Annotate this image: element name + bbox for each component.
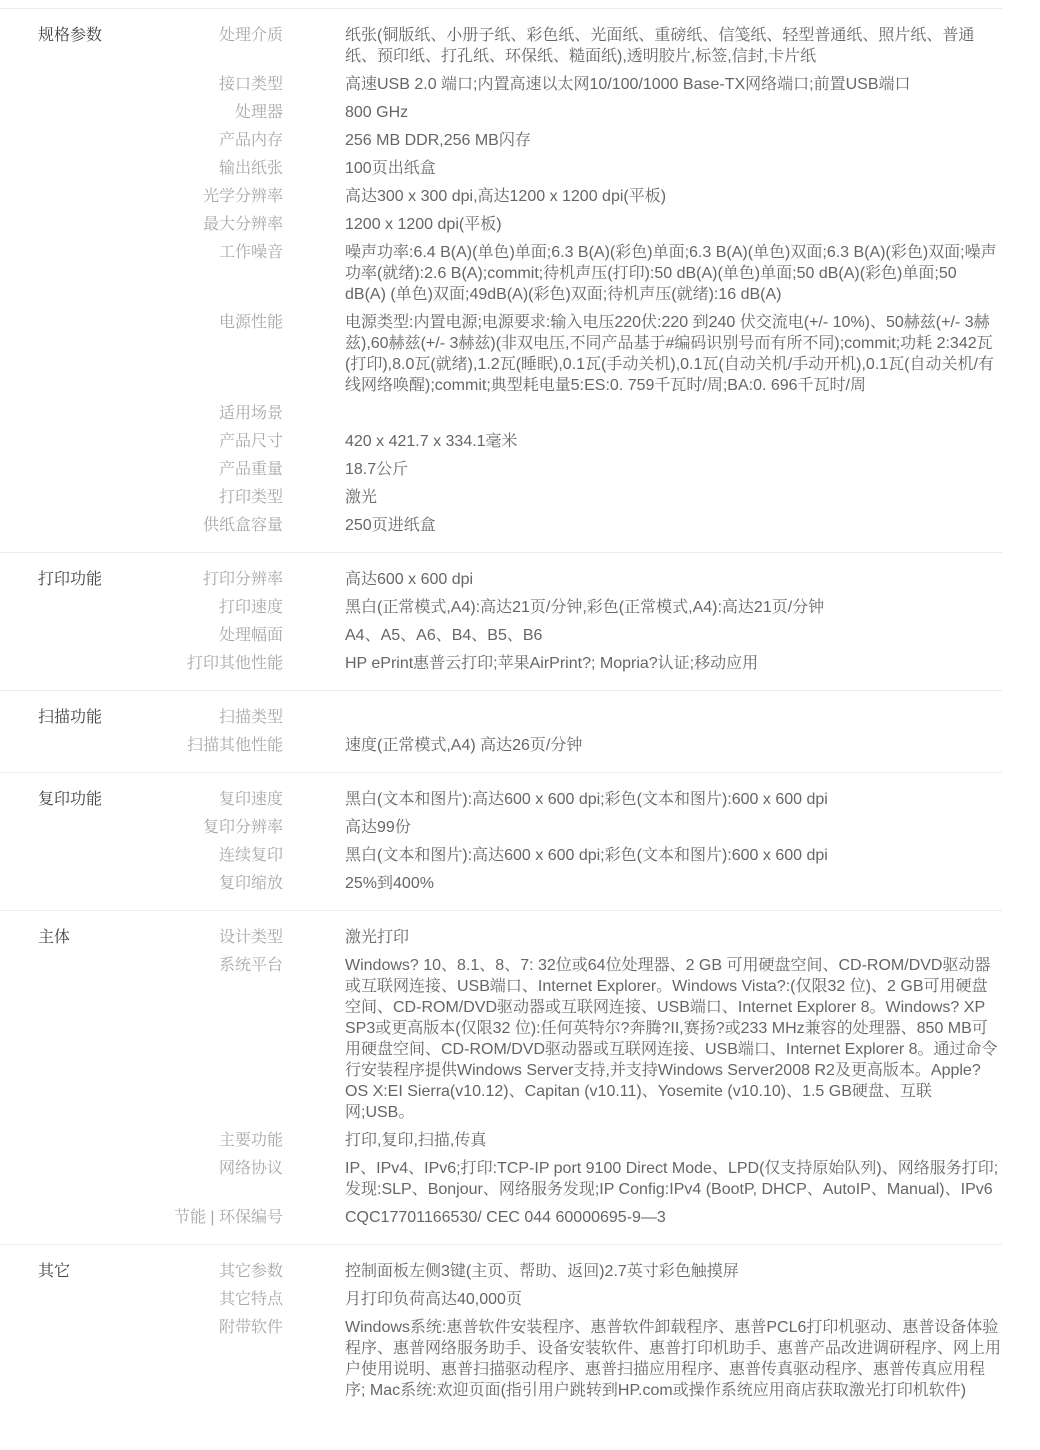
spec-row: 打印分辨率 高达600 x 600 dpi [0, 569, 1002, 590]
section-rows: 处理介质 纸张(铜版纸、小册子纸、彩色纸、光面纸、重磅纸、信笺纸、轻型普通纸、照… [0, 25, 1002, 536]
spec-row-label: 扫描其他性能 [0, 735, 283, 756]
spec-row: 产品尺寸 420 x 421.7 x 334.1毫米 [0, 431, 1002, 452]
spec-row-label: 工作噪音 [0, 242, 283, 263]
spec-section: 扫描功能 扫描类型 扫描其他性能 速度(正常模式,A4) 高达26页/分钟 [0, 690, 1002, 772]
spec-section: 打印功能 打印分辨率 高达600 x 600 dpi 打印速度 黑白(正常模式,… [0, 552, 1002, 690]
spec-row: 主要功能 打印,复印,扫描,传真 [0, 1130, 1002, 1151]
spec-row-value: 高达99份 [345, 817, 1001, 838]
spec-row: 处理介质 纸张(铜版纸、小册子纸、彩色纸、光面纸、重磅纸、信笺纸、轻型普通纸、照… [0, 25, 1002, 67]
spec-row-value: HP ePrint惠普云打印;苹果AirPrint?; Mopria?认证;移动… [345, 653, 1001, 674]
spec-row: 设计类型 激光打印 [0, 927, 1002, 948]
spec-row: 其它特点 月打印负荷高达40,000页 [0, 1289, 1002, 1310]
spec-row: 复印速度 黑白(文本和图片):高达600 x 600 dpi;彩色(文本和图片)… [0, 789, 1002, 810]
spec-row: 连续复印 黑白(文本和图片):高达600 x 600 dpi;彩色(文本和图片)… [0, 845, 1002, 866]
spec-section: 其它 其它参数 控制面板左侧3键(主页、帮助、返回)2.7英寸彩色触摸屏 其它特… [0, 1244, 1002, 1417]
spec-row-value: A4、A5、A6、B4、B5、B6 [345, 625, 1001, 646]
spec-section: 复印功能 复印速度 黑白(文本和图片):高达600 x 600 dpi;彩色(文… [0, 772, 1002, 910]
spec-row-value: 控制面板左侧3键(主页、帮助、返回)2.7英寸彩色触摸屏 [345, 1261, 1001, 1282]
spec-row-value: IP、IPv4、IPv6;打印:TCP-IP port 9100 Direct … [345, 1158, 1001, 1200]
section-category-title: 复印功能 [38, 789, 102, 810]
spec-row: 扫描类型 [0, 707, 1002, 728]
spec-row-value: 1200 x 1200 dpi(平板) [345, 214, 1001, 235]
spec-row-value: 25%到400% [345, 873, 1001, 894]
spec-row: 处理器 800 GHz [0, 102, 1002, 123]
section-category-title: 其它 [38, 1261, 70, 1282]
spec-row: 打印速度 黑白(正常模式,A4):高达21页/分钟,彩色(正常模式,A4):高达… [0, 597, 1002, 618]
spec-row-value: 高速USB 2.0 端口;内置高速以太网10/100/1000 Base-TX网… [345, 74, 1001, 95]
spec-row-value: 黑白(文本和图片):高达600 x 600 dpi;彩色(文本和图片):600 … [345, 845, 1001, 866]
spec-row-label: 接口类型 [0, 74, 283, 95]
spec-row-value: 月打印负荷高达40,000页 [345, 1289, 1001, 1310]
spec-row-label: 系统平台 [0, 955, 283, 976]
spec-section: 主体 设计类型 激光打印 系统平台 Windows? 10、8.1、8、7: 3… [0, 910, 1002, 1244]
spec-row: 附带软件 Windows系统:惠普软件安装程序、惠普软件卸载程序、惠普PCL6打… [0, 1317, 1002, 1401]
section-rows: 复印速度 黑白(文本和图片):高达600 x 600 dpi;彩色(文本和图片)… [0, 789, 1002, 894]
spec-row-label: 网络协议 [0, 1158, 283, 1179]
spec-row-value: 电源类型:内置电源;电源要求:输入电压220伏:220 到240 伏交流电(+/… [345, 312, 1001, 396]
spec-row: 工作噪音 噪声功率:6.4 B(A)(单色)单面;6.3 B(A)(彩色)单面;… [0, 242, 1002, 305]
spec-row: 扫描其他性能 速度(正常模式,A4) 高达26页/分钟 [0, 735, 1002, 756]
spec-row-value: 420 x 421.7 x 334.1毫米 [345, 431, 1001, 452]
spec-row-value: 18.7公斤 [345, 459, 1001, 480]
spec-row-label: 产品尺寸 [0, 431, 283, 452]
section-category-title: 扫描功能 [38, 707, 102, 728]
section-category-title: 规格参数 [38, 25, 102, 46]
spec-row: 打印类型 激光 [0, 487, 1002, 508]
spec-row: 其它参数 控制面板左侧3键(主页、帮助、返回)2.7英寸彩色触摸屏 [0, 1261, 1002, 1282]
spec-row-label: 电源性能 [0, 312, 283, 333]
spec-row: 适用场景 [0, 403, 1002, 424]
spec-row-value: 高达300 x 300 dpi,高达1200 x 1200 dpi(平板) [345, 186, 1001, 207]
spec-row-value: 激光 [345, 487, 1001, 508]
spec-row-label: 主要功能 [0, 1130, 283, 1151]
section-rows: 打印分辨率 高达600 x 600 dpi 打印速度 黑白(正常模式,A4):高… [0, 569, 1002, 674]
spec-row-label: 打印类型 [0, 487, 283, 508]
spec-row-value: 高达600 x 600 dpi [345, 569, 1001, 590]
spec-row: 电源性能 电源类型:内置电源;电源要求:输入电压220伏:220 到240 伏交… [0, 312, 1002, 396]
spec-row: 网络协议 IP、IPv4、IPv6;打印:TCP-IP port 9100 Di… [0, 1158, 1002, 1200]
spec-row: 系统平台 Windows? 10、8.1、8、7: 32位或64位处理器、2 G… [0, 955, 1002, 1123]
spec-row: 复印缩放 25%到400% [0, 873, 1002, 894]
spec-row-value: 100页出纸盒 [345, 158, 1001, 179]
spec-row-value: 速度(正常模式,A4) 高达26页/分钟 [345, 735, 1001, 756]
spec-row: 接口类型 高速USB 2.0 端口;内置高速以太网10/100/1000 Bas… [0, 74, 1002, 95]
spec-row-label: 最大分辨率 [0, 214, 283, 235]
spec-row-value: 激光打印 [345, 927, 1001, 948]
spec-row: 输出纸张 100页出纸盒 [0, 158, 1002, 179]
spec-row-label: 光学分辨率 [0, 186, 283, 207]
spec-row-label: 其它特点 [0, 1289, 283, 1310]
product-spec-table: 规格参数 处理介质 纸张(铜版纸、小册子纸、彩色纸、光面纸、重磅纸、信笺纸、轻型… [0, 8, 1002, 1417]
spec-row-label: 打印速度 [0, 597, 283, 618]
spec-row: 产品内存 256 MB DDR,256 MB闪存 [0, 130, 1002, 151]
spec-row-label: 复印缩放 [0, 873, 283, 894]
section-category-title: 主体 [38, 927, 70, 948]
spec-row-value: 打印,复印,扫描,传真 [345, 1130, 1001, 1151]
spec-row-value: 250页进纸盒 [345, 515, 1001, 536]
section-rows: 扫描类型 扫描其他性能 速度(正常模式,A4) 高达26页/分钟 [0, 707, 1002, 756]
spec-row-label: 节能 | 环保编号 [0, 1207, 283, 1228]
spec-row-label: 供纸盒容量 [0, 515, 283, 536]
section-rows: 其它参数 控制面板左侧3键(主页、帮助、返回)2.7英寸彩色触摸屏 其它特点 月… [0, 1261, 1002, 1401]
spec-row-value: Windows? 10、8.1、8、7: 32位或64位处理器、2 GB 可用硬… [345, 955, 1001, 1123]
spec-row-label: 产品内存 [0, 130, 283, 151]
spec-row: 产品重量 18.7公斤 [0, 459, 1002, 480]
spec-row-label: 附带软件 [0, 1317, 283, 1338]
spec-row-label: 适用场景 [0, 403, 283, 424]
spec-row-value: CQC17701166530/ CEC 044 60000695-9—3 [345, 1207, 1001, 1228]
spec-row-value: 噪声功率:6.4 B(A)(单色)单面;6.3 B(A)(彩色)单面;6.3 B… [345, 242, 1001, 305]
spec-row-value: 800 GHz [345, 102, 1001, 123]
spec-row: 复印分辨率 高达99份 [0, 817, 1002, 838]
spec-row-value: 纸张(铜版纸、小册子纸、彩色纸、光面纸、重磅纸、信笺纸、轻型普通纸、照片纸、普通… [345, 25, 1001, 67]
spec-row-value: 黑白(正常模式,A4):高达21页/分钟,彩色(正常模式,A4):高达21页/分… [345, 597, 1001, 618]
spec-row: 打印其他性能 HP ePrint惠普云打印;苹果AirPrint?; Mopri… [0, 653, 1002, 674]
spec-row-label: 处理器 [0, 102, 283, 123]
spec-section: 规格参数 处理介质 纸张(铜版纸、小册子纸、彩色纸、光面纸、重磅纸、信笺纸、轻型… [0, 8, 1002, 552]
spec-row-label: 连续复印 [0, 845, 283, 866]
spec-row-value: 黑白(文本和图片):高达600 x 600 dpi;彩色(文本和图片):600 … [345, 789, 1001, 810]
spec-row: 供纸盒容量 250页进纸盒 [0, 515, 1002, 536]
spec-row-label: 打印其他性能 [0, 653, 283, 674]
spec-row: 节能 | 环保编号 CQC17701166530/ CEC 044 600006… [0, 1207, 1002, 1228]
spec-row-label: 输出纸张 [0, 158, 283, 179]
spec-row-value: 256 MB DDR,256 MB闪存 [345, 130, 1001, 151]
spec-row: 光学分辨率 高达300 x 300 dpi,高达1200 x 1200 dpi(… [0, 186, 1002, 207]
section-category-title: 打印功能 [38, 569, 102, 590]
spec-row-label: 复印分辨率 [0, 817, 283, 838]
spec-row-value: Windows系统:惠普软件安装程序、惠普软件卸载程序、惠普PCL6打印机驱动、… [345, 1317, 1001, 1401]
spec-row: 最大分辨率 1200 x 1200 dpi(平板) [0, 214, 1002, 235]
spec-row-label: 产品重量 [0, 459, 283, 480]
section-rows: 设计类型 激光打印 系统平台 Windows? 10、8.1、8、7: 32位或… [0, 927, 1002, 1228]
spec-row-label: 处理幅面 [0, 625, 283, 646]
spec-row: 处理幅面 A4、A5、A6、B4、B5、B6 [0, 625, 1002, 646]
